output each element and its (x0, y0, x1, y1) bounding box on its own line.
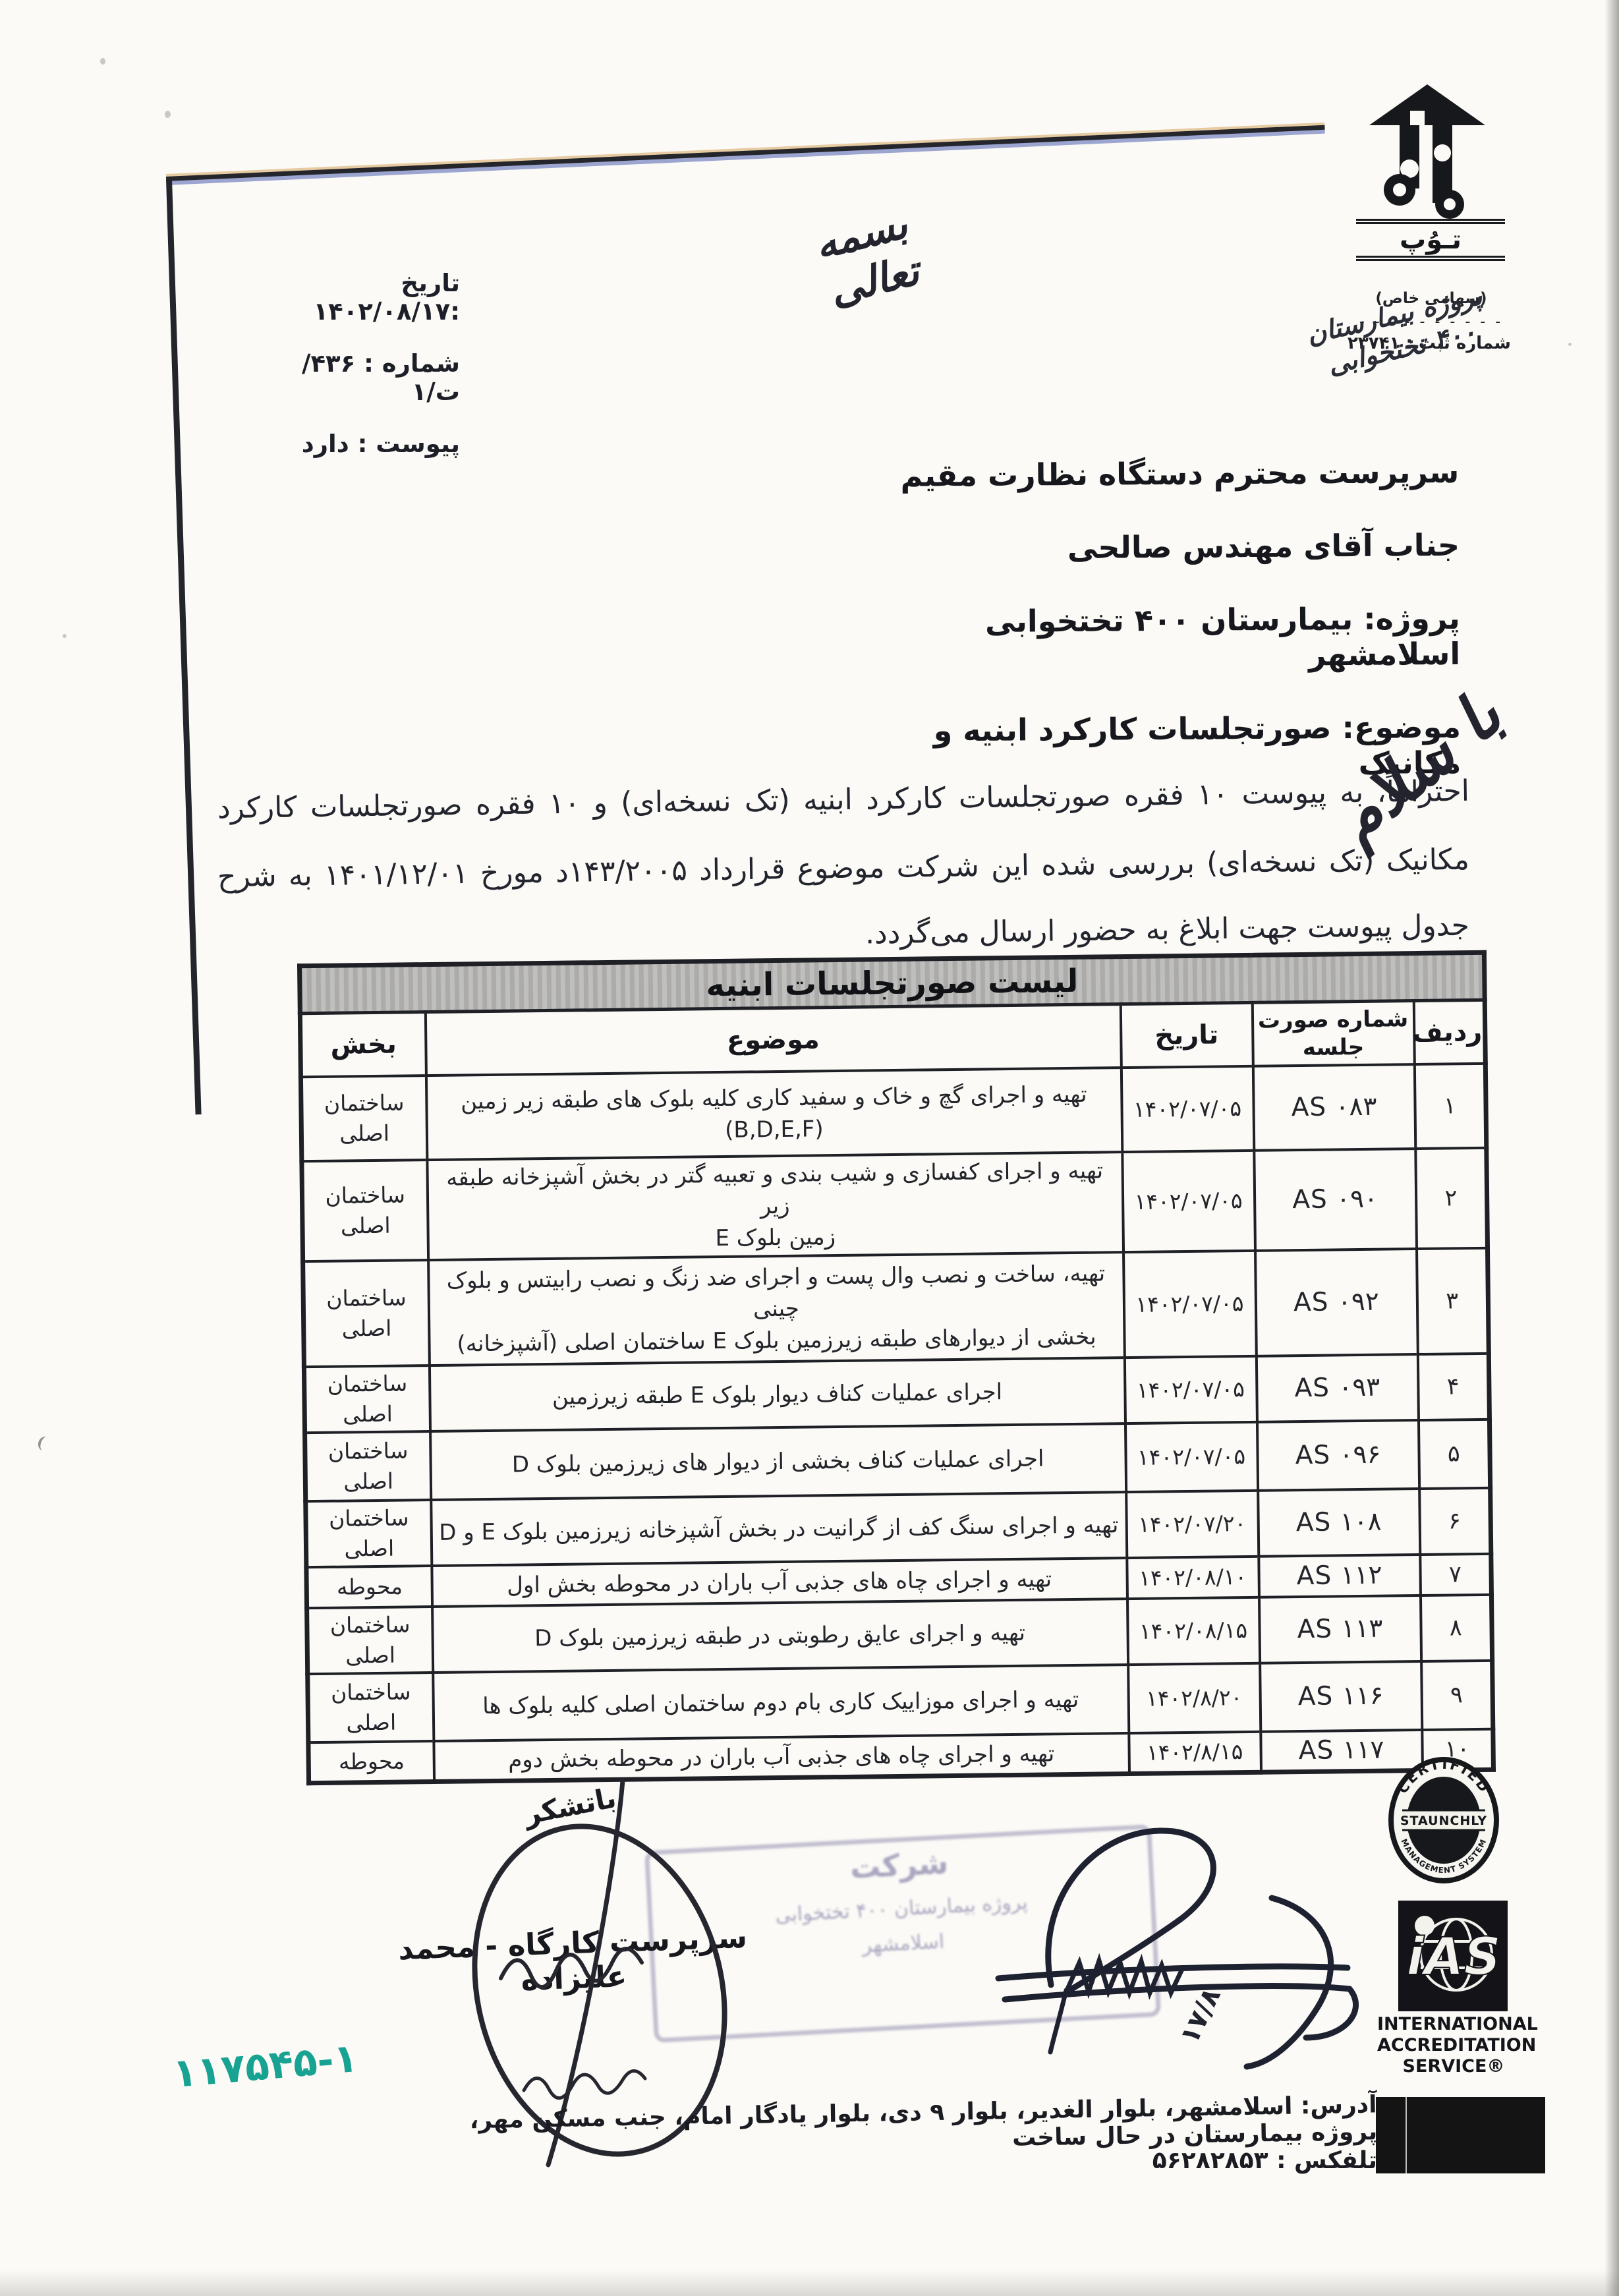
date-cell: ۱۴۰۲/۰۷/۰۵ (1124, 1356, 1257, 1423)
col-header-minutes-number: شماره صورت جلسه (1252, 1001, 1414, 1066)
minutes-number-cell: AS ۰۸۳ (1253, 1064, 1415, 1151)
certified-badge-icon: CERTIFIED MANAGEMENT SYSTEM STAUNCHLY (1388, 1756, 1500, 1885)
row-number-cell: ۷ (1420, 1553, 1492, 1595)
subject-cell: تهیه و اجرای چاه های جذبی آب باران در مح… (434, 1733, 1129, 1782)
section-cell: ساختمان اصلی (304, 1365, 430, 1433)
body-line-2: مکانیک (تک نسخه‌ای) بررسی شده این شرکت م… (217, 843, 1470, 894)
scan-hairline (1406, 2097, 1407, 2173)
row-number-cell: ۱ (1414, 1063, 1486, 1148)
row-number-cell: ۳ (1416, 1248, 1489, 1354)
section-cell: محوطه (308, 1741, 434, 1783)
redaction-box (1376, 2097, 1545, 2173)
minutes-number-cell: AS ۰۹۰ (1254, 1149, 1417, 1251)
stray-pen-mark (36, 1435, 53, 1452)
table-row: ۱AS ۰۸۳۱۴۰۲/۰۷/۰۵تهیه و اجرای گچ و خاک و… (300, 1063, 1486, 1161)
date-cell: ۱۴۰۲/۰۷/۰۵ (1123, 1250, 1257, 1357)
company-name: تـوُپ (1356, 225, 1505, 254)
subject-cell: تهیه، ساخت و نصب وال پست و اجرای ضد زنگ … (428, 1252, 1125, 1365)
section-cell: ساختمان اصلی (303, 1260, 430, 1367)
minutes-number-cell: AS ۰۹۶ (1257, 1420, 1419, 1491)
date-cell: ۱۴۰۲/۰۷/۰۵ (1122, 1150, 1255, 1251)
letter-number: شماره : ۴۳۶/ت/۱ (283, 349, 460, 406)
table-row: ۵AS ۰۹۶۱۴۰۲/۰۷/۰۵اجرای عملیات کناف بخشی … (305, 1419, 1491, 1501)
archive-number-handwritten: ۱۱۷۵۴۵-۱ (171, 2035, 359, 2097)
letter-attachment: پیوست : دارد (283, 430, 460, 458)
project-line: پروژه: بیمارستان ۴۰۰ تختخوابی اسلامشهر (867, 600, 1461, 675)
subject-cell: تهیه و اجرای سنگ کف از گرانیت در بخش آشپ… (431, 1492, 1127, 1566)
date-cell: ۱۴۰۲/۰۷/۰۵ (1121, 1066, 1253, 1151)
minutes-number-cell: AS ۱۱۶ (1260, 1661, 1422, 1732)
scan-edge-shadow-bottom (0, 2270, 1619, 2296)
table-row: ۳AS ۰۹۲۱۴۰۲/۰۷/۰۵تهیه، ساخت و نصب وال پس… (303, 1248, 1489, 1366)
svg-text:STAUNCHLY: STAUNCHLY (1400, 1814, 1487, 1828)
company-logo-icon (1369, 84, 1485, 219)
section-cell: ساختمان اصلی (305, 1431, 431, 1501)
letter-meta: تاریخ :۱۴۰۲/۰۸/۱۷ شماره : ۴۳۶/ت/۱ پیوست … (283, 269, 460, 482)
scan-artifact-left-line (166, 179, 202, 1115)
section-cell: ساختمان اصلی (302, 1160, 428, 1261)
section-cell: ساختمان اصلی (308, 1673, 434, 1742)
ias-caption-line: ACCREDITATION (1377, 2035, 1530, 2056)
scan-speck (1568, 343, 1572, 346)
scan-speck (63, 634, 67, 638)
subject-cell: تهیه و اجرای گچ و خاک و سفید کاری کلیه ب… (426, 1068, 1122, 1160)
ias-logo-icon: iAS (1398, 1901, 1508, 2011)
letter-date: تاریخ :۱۴۰۲/۰۸/۱۷ (283, 269, 460, 326)
row-number-cell: ۸ (1420, 1594, 1492, 1661)
bismillah-calligraphy: بسمه تعالی (734, 200, 924, 335)
subject-cell: تهیه و اجرای موزاییک کاری بام دوم ساختما… (433, 1665, 1129, 1741)
minutes-number-cell: AS ۱۱۳ (1259, 1595, 1421, 1663)
ias-caption: INTERNATIONAL ACCREDITATION SERVICE® (1377, 2014, 1530, 2077)
col-header-subject: موضوع (425, 1004, 1121, 1076)
section-cell: محوطه (306, 1566, 432, 1608)
recipient-name: جناب آقای مهندس صالحی (866, 527, 1460, 567)
date-cell: ۱۴۰۲/۸/۲۰ (1128, 1663, 1261, 1733)
section-cell: ساختمان اصلی (307, 1607, 433, 1674)
minutes-number-cell: AS ۰۹۳ (1256, 1354, 1418, 1422)
row-number-cell: ۹ (1421, 1660, 1493, 1729)
subject-cell: اجرای عملیات کناف بخشی از دیوار های زیرز… (430, 1423, 1126, 1500)
date-cell: ۱۴۰۲/۰۸/۱۵ (1127, 1597, 1259, 1664)
date-cell: ۱۴۰۲/۰۸/۱۰ (1127, 1556, 1259, 1598)
subject-cell: تهیه و اجرای کفسازی و شیب بندی و تعبیه گ… (427, 1152, 1123, 1260)
ias-caption-line: SERVICE® (1377, 2056, 1530, 2077)
date-cell: ۱۴۰۲/۸/۱۵ (1129, 1731, 1261, 1773)
scan-artifact-top-line (166, 125, 1325, 181)
date-cell: ۱۴۰۲/۰۷/۲۰ (1126, 1490, 1259, 1557)
table-body: ۱AS ۰۸۳۱۴۰۲/۰۷/۰۵تهیه و اجرای گچ و خاک و… (300, 1063, 1493, 1783)
col-header-section: بخش (300, 1012, 426, 1077)
svg-text:iAS: iAS (1406, 1928, 1500, 1987)
footer-telefax: تلفکس : ۵۶۲۸۲۸۵۳ (1048, 2147, 1377, 2174)
col-header-row-number: ردیف (1413, 1000, 1485, 1064)
subject-cell: اجرای عملیات کناف دیوار بلوک E طبقه زیرز… (429, 1358, 1125, 1431)
subject-cell: تهیه و اجرای عایق رطوبتی در طبقه زیرزمین… (432, 1599, 1128, 1673)
row-number-cell: ۲ (1415, 1147, 1488, 1248)
scan-speck (165, 111, 171, 118)
scan-edge-shadow-right (1605, 0, 1619, 2296)
table-row: ۲AS ۰۹۰۱۴۰۲/۰۷/۰۵تهیه و اجرای کفسازی و ش… (302, 1147, 1488, 1261)
row-number-cell: ۵ (1418, 1419, 1490, 1488)
scanned-letter-page: تـوُپ (سهامی خاص) - - - - - - - - - - شم… (0, 0, 1619, 2296)
minutes-number-cell: AS ۱۱۲ (1259, 1555, 1421, 1597)
minutes-number-cell: AS ۰۹۲ (1255, 1249, 1418, 1356)
section-cell: ساختمان اصلی (306, 1500, 432, 1567)
minutes-table-wrapper: لیست صورتجلسات ابنیه ردیف شماره صورت جلس… (297, 950, 1496, 1785)
col-header-date: تاریخ (1120, 1002, 1253, 1067)
date-cell: ۱۴۰۲/۰۷/۰۵ (1125, 1421, 1257, 1491)
approval-signature (988, 1819, 1357, 2076)
minutes-number-cell: AS ۱۰۸ (1258, 1489, 1420, 1557)
minutes-table: لیست صورتجلسات ابنیه ردیف شماره صورت جلس… (297, 950, 1496, 1785)
row-number-cell: ۶ (1419, 1487, 1491, 1554)
logo-rules: تـوُپ (1356, 217, 1505, 262)
recipient-title: سرپرست محترم دستگاه نظارت مقیم (866, 454, 1459, 494)
table-row: ۹AS ۱۱۶۱۴۰۲/۸/۲۰تهیه و اجرای موزاییک کار… (308, 1660, 1493, 1742)
section-cell: ساختمان اصلی (300, 1076, 426, 1161)
ias-caption-line: INTERNATIONAL (1377, 2014, 1530, 2035)
row-number-cell: ۴ (1417, 1353, 1489, 1420)
scan-speck (100, 58, 105, 65)
